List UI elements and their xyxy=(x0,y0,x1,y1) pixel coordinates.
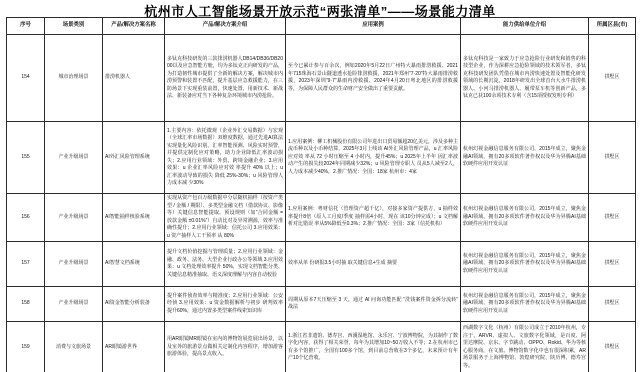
product-name-cell: AI资金智能分析装备 xyxy=(103,287,165,322)
district-cell: 拱墅区 xyxy=(589,194,636,242)
table-row: 155 产业升级场景 AI外汇风险管理系统 1.主要内容：依托微观（企业外汇交易… xyxy=(7,122,636,194)
table-row: 154 城市治理场景 排涝机器人 多钛克科技研发的三款排涝机器人DB14/DB3… xyxy=(7,35,636,122)
serial-cell: 156 xyxy=(7,194,45,242)
product-name-cell: AR眼镜游世界 xyxy=(103,322,165,372)
district-cell: 拱墅区 xyxy=(589,287,636,322)
supplier-cell: 多钛克科技是一家致力于应急抢险行业研发和销售的科技型企业，作为深耕应急抢险领域的… xyxy=(461,35,589,122)
capability-list-table: 序号 场景类别 产品/解决方案名称 产品/解决方案介绍 应用案例 能力供给单位介… xyxy=(6,17,636,372)
supplier-cell: 杭州幻视金融信息服务有限公司，2015年成立，聚焦金融AI领域，拥有20多项软件… xyxy=(461,242,589,287)
supplier-cell: 杭州幻视金融信息服务有限公司，2015年成立，聚焦金融AI领域，拥有20多项软件… xyxy=(461,287,589,322)
intro-cell: 1.主要内容：依托微观（企业外汇交易数据）与宏观（全球汇率市场数据）双维度数据，… xyxy=(165,122,286,194)
column-header-district: 所属区县(市) xyxy=(589,18,636,35)
column-header-intro: 产品/解决方案介绍 xyxy=(165,18,286,35)
case-cell: 1.应用案例：粤财信托（管理资产超千亿），对接多家资产提供方，u 抽样效率提升8… xyxy=(286,194,461,242)
table-row: 158 产业升级场景 AI资金智能分析装备 提升案件侦查效率与精准度；2.应用行… xyxy=(7,287,636,322)
category-cell: 消费与文旅场景 xyxy=(45,322,103,372)
column-header-no: 序号 xyxy=(7,18,45,35)
case-cell: 周期从原本7天压缩至 3 天，通过 AI 问询功能匹配 “洗钱案件资金拆分流转”… xyxy=(286,287,461,322)
table-row: 159 消费与文旅场景 AR眼镜游世界 用AR眼镜MR眼镜在室内的博物馆展览展出… xyxy=(7,322,636,372)
case-cell: 1.应用案例：柳工机械股份有限公司年进出口贸易额超20亿美元，涉及多种主流币种以… xyxy=(286,122,461,194)
column-header-category: 场景类别 xyxy=(45,18,103,35)
intro-cell: 提升文档价值挖掘与管理质量；2.应用行业领域：金融、政务、法务、大型企业行政办公… xyxy=(165,242,286,287)
category-cell: 产业升级场景 xyxy=(45,122,103,194)
product-name-cell: AI智慧文档系统 xyxy=(103,242,165,287)
table-row: 157 产业升级场景 AI智慧文档系统 提升文档价值挖掘与管理质量；2.应用行业… xyxy=(7,242,636,287)
product-name-cell: AI外汇风险管理系统 xyxy=(103,122,165,194)
case-cell: 1.浙江省非遗馆、德寿宫、西溪湿地馆、永乐宫、宁波博物院，为其制作了数字化内容，… xyxy=(286,322,461,372)
intro-cell: 用AR眼镜MR眼镜在室内的博物馆展览展出场景，以及室外的旅游景点做相关定制化内容… xyxy=(165,322,286,372)
serial-cell: 155 xyxy=(7,122,45,194)
supplier-cell: 杭州幻视金融信息服务有限公司，2015年成立，聚焦金融AI领域，拥有20多项软件… xyxy=(461,122,589,194)
serial-cell: 159 xyxy=(7,322,45,372)
column-header-supplier: 能力供给单位介绍 xyxy=(461,18,589,35)
category-cell: 城市治理场景 xyxy=(45,35,103,122)
column-header-case: 应用案例 xyxy=(286,18,461,35)
product-name-cell: AI智能抽样核验系统 xyxy=(103,194,165,242)
table-row: 156 产业升级场景 AI智能抽样核验系统 实现从资产包百万级数据中分层随机抽样… xyxy=(7,194,636,242)
serial-cell: 154 xyxy=(7,35,45,122)
district-cell: 拱墅区 xyxy=(589,122,636,194)
column-header-product-name: 产品/解决方案名称 xyxy=(103,18,165,35)
intro-cell: 多钛克科技研发的三款排涝机器人DB14/DB36/DB2000以及应急智能方舱，… xyxy=(165,35,286,122)
case-cell: 效率从单 份研报3.5小时抽 取关键信息+生成 摘要 xyxy=(286,242,461,287)
intro-cell: 实现从资产包百万级数据中分层随机抽样（按资产类型 / 金额 / 期限）、多类型金… xyxy=(165,194,286,242)
supplier-cell: 西湖数字文化（杭州）有限公司成立于2010年杭州，专注于，ARVR、虚拟人、文旅… xyxy=(461,322,589,372)
district-cell: 拱墅区 xyxy=(589,322,636,372)
district-cell: 拱墅区 xyxy=(589,242,636,287)
serial-cell: 157 xyxy=(7,242,45,287)
district-cell: 拱墅区 xyxy=(589,35,636,122)
category-cell: 产业升级场景 xyxy=(45,287,103,322)
category-cell: 产业升级场景 xyxy=(45,242,103,287)
serial-cell: 158 xyxy=(7,287,45,322)
case-cell: 至今已累计参与百余次，例如2020年5月22日广州特大暴雨排涝救援、2021年7… xyxy=(286,35,461,122)
intro-cell: 提升案件侦查效率与精准度；2.应用行业领域：公安经侦 3.应用效果：u 资金数据… xyxy=(165,287,286,322)
supplier-cell: 杭州幻视金融信息服务有限公司，2015年成立，聚焦金融AI领域，拥有20多项软件… xyxy=(461,194,589,242)
product-name-cell: 排涝机器人 xyxy=(103,35,165,122)
category-cell: 产业升级场景 xyxy=(45,194,103,242)
header-row: 序号 场景类别 产品/解决方案名称 产品/解决方案介绍 应用案例 能力供给单位介… xyxy=(7,18,636,35)
